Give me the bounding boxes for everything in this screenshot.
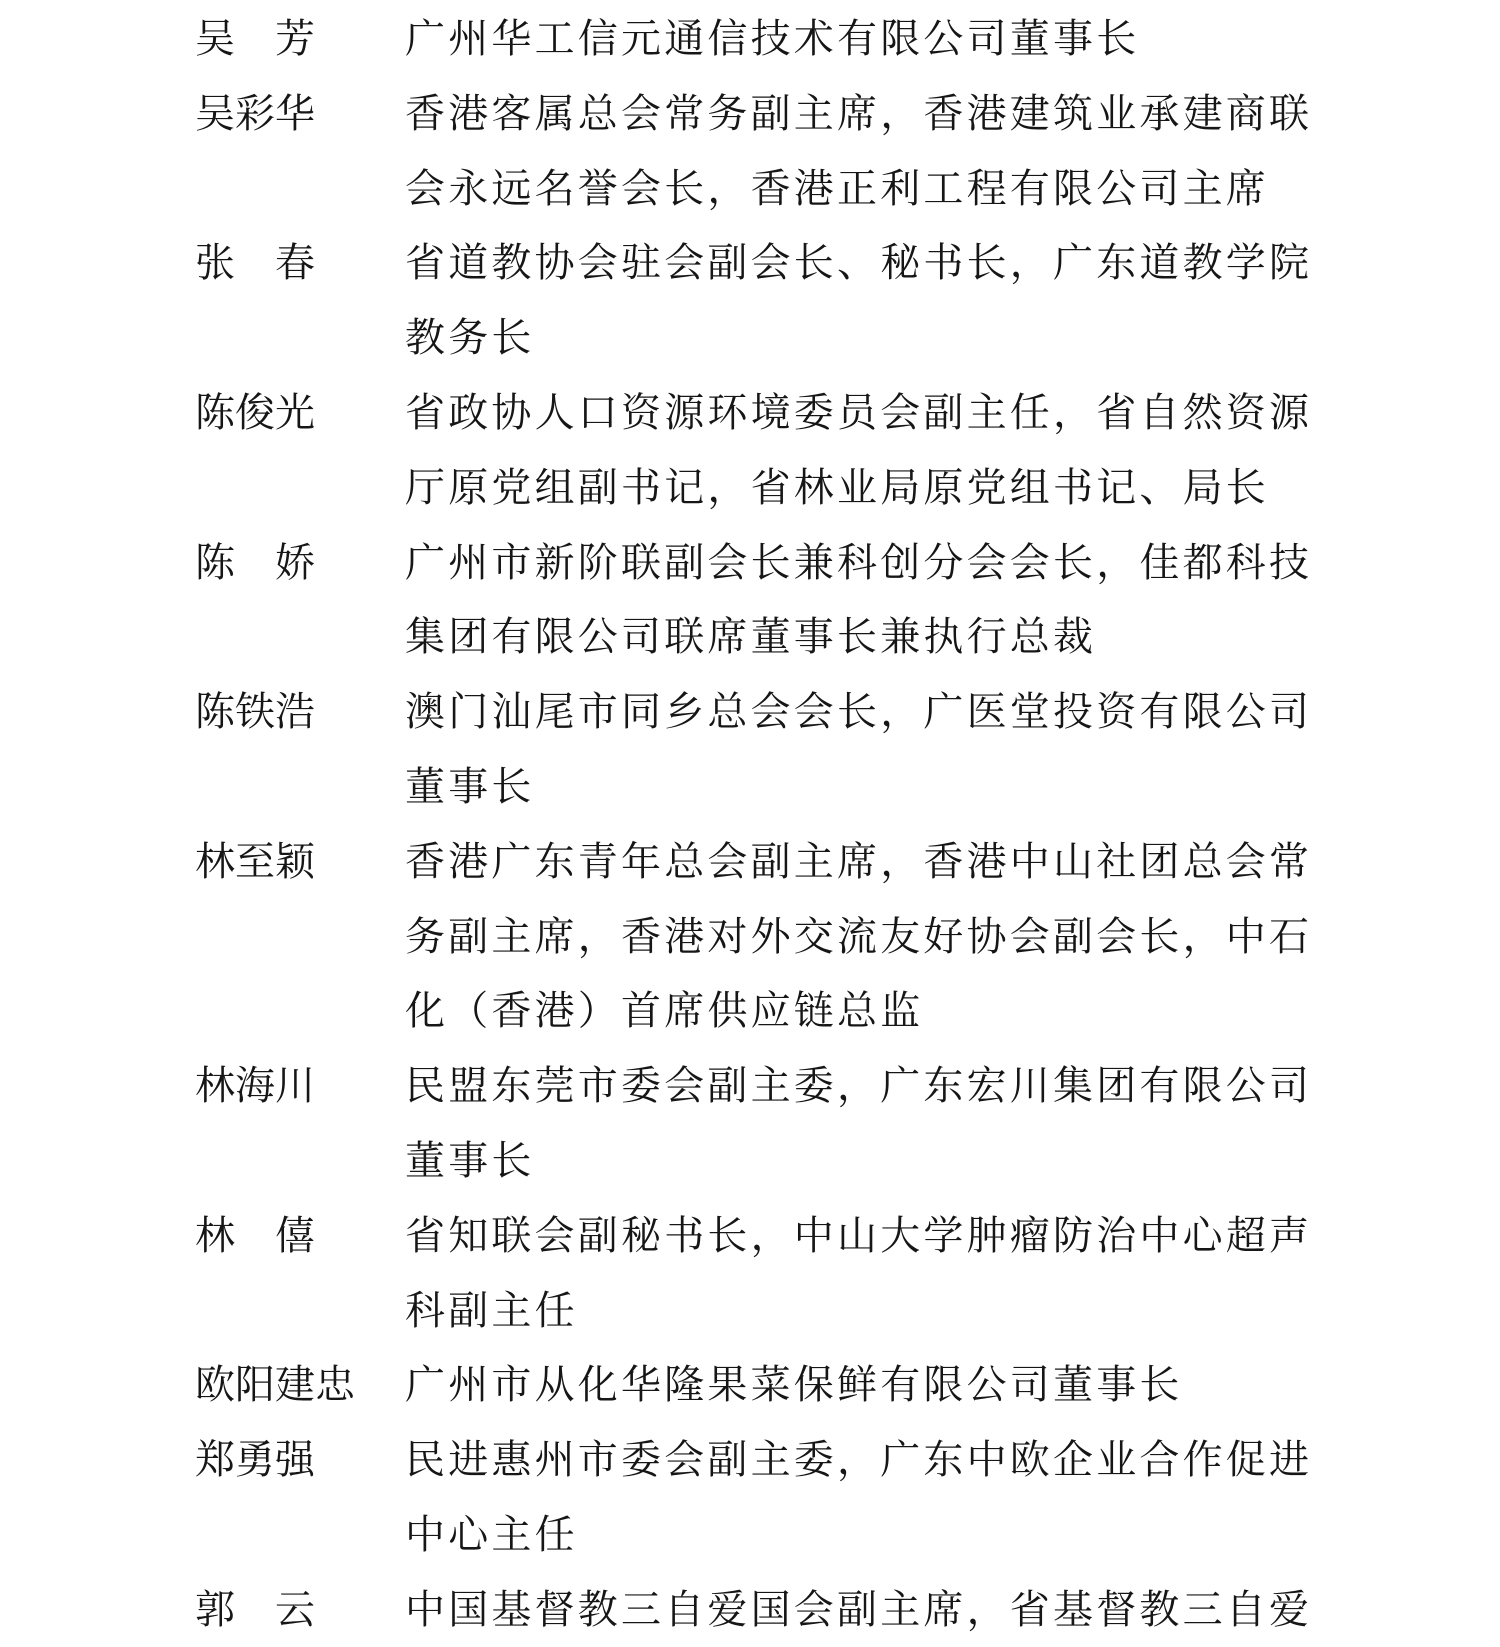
person-title: 省政协人口资源环境委员会副主任，省自然资源厅原党组副书记，省林业局原党组书记、局… — [405, 376, 1312, 526]
name-char: 陈 — [195, 526, 235, 601]
name-char: 林 — [195, 825, 235, 900]
name-char: 娇 — [275, 526, 315, 601]
person-name: 林至颖 — [195, 825, 315, 900]
name-char: 川 — [275, 1049, 315, 1124]
name-char: 欧 — [195, 1348, 235, 1423]
roster-entry: 欧阳建忠 广州市从化华隆果菜保鲜有限公司董事长 — [195, 1348, 1500, 1423]
person-name: 陈俊光 — [195, 376, 315, 451]
name-char: 林 — [195, 1049, 235, 1124]
title-line: 省政协人口资源环境委员会副主任，省自然资源 — [405, 376, 1312, 451]
person-title: 澳门汕尾市同乡总会会长，广医堂投资有限公司董事长 — [405, 675, 1312, 825]
name-char: 春 — [275, 226, 315, 301]
name-char: 吴 — [195, 2, 235, 77]
name-char: 铁 — [235, 675, 275, 750]
person-title: 广州市从化华隆果菜保鲜有限公司董事长 — [405, 1348, 1183, 1423]
title-line: 集团有限公司联席董事长兼执行总裁 — [405, 600, 1312, 675]
person-name: 林海川 — [195, 1049, 315, 1124]
person-name: 吴芳 — [195, 2, 315, 77]
name-char: 郑 — [195, 1423, 235, 1498]
name-char: 吴 — [195, 77, 235, 152]
title-line: 香港广东青年总会副主席，香港中山社团总会常 — [405, 825, 1312, 900]
person-title: 广州市新阶联副会长兼科创分会会长，佳都科技集团有限公司联席董事长兼执行总裁 — [405, 526, 1312, 676]
title-line: 中心主任 — [405, 1498, 1312, 1573]
roster-entry: 吴彩华 香港客属总会常务副主席，香港建筑业承建商联会永远名誉会长，香港正利工程有… — [195, 77, 1500, 227]
name-char: 芳 — [275, 2, 315, 77]
roster-entry: 吴芳 广州华工信元通信技术有限公司董事长 — [195, 2, 1500, 77]
person-name: 吴彩华 — [195, 77, 315, 152]
name-char: 俊 — [235, 376, 275, 451]
person-title: 民盟东莞市委会副主委，广东宏川集团有限公司董事长 — [405, 1049, 1312, 1199]
title-line: 化（香港）首席供应链总监 — [405, 974, 1312, 1049]
person-title: 香港广东青年总会副主席，香港中山社团总会常务副主席，香港对外交流友好协会副会长，… — [405, 825, 1312, 1049]
title-line: 董事长 — [405, 750, 1312, 825]
person-name: 欧阳建忠 — [195, 1348, 315, 1423]
title-line: 民进惠州市委会副主委，广东中欧企业合作促进 — [405, 1423, 1312, 1498]
name-char: 林 — [195, 1199, 235, 1274]
person-title: 香港客属总会常务副主席，香港建筑业承建商联会永远名誉会长，香港正利工程有限公司主… — [405, 77, 1312, 227]
name-char: 华 — [275, 77, 315, 152]
name-char: 张 — [195, 226, 235, 301]
title-line: 广州市从化华隆果菜保鲜有限公司董事长 — [405, 1348, 1183, 1423]
person-name: 陈娇 — [195, 526, 315, 601]
name-char: 忠 — [315, 1348, 355, 1423]
person-name: 林僖 — [195, 1199, 315, 1274]
name-char: 海 — [235, 1049, 275, 1124]
title-line: 省知联会副秘书长，中山大学肿瘤防治中心超声 — [405, 1199, 1312, 1274]
name-char: 至 — [235, 825, 275, 900]
roster-entry: 林僖 省知联会副秘书长，中山大学肿瘤防治中心超声科副主任 — [195, 1199, 1500, 1349]
person-name: 陈铁浩 — [195, 675, 315, 750]
roster-entry: 张春 省道教协会驻会副会长、秘书长，广东道教学院教务长 — [195, 226, 1500, 376]
name-char: 陈 — [195, 376, 235, 451]
person-title: 省知联会副秘书长，中山大学肿瘤防治中心超声科副主任 — [405, 1199, 1312, 1349]
person-name: 郭云 — [195, 1573, 315, 1647]
name-char: 浩 — [275, 675, 315, 750]
person-title: 广州华工信元通信技术有限公司董事长 — [405, 2, 1139, 77]
name-char: 郭 — [195, 1573, 235, 1647]
roster-entry: 郭云 中国基督教三自爱国会副主席，省基督教三自爱 — [195, 1573, 1500, 1647]
person-name: 郑勇强 — [195, 1423, 315, 1498]
roster-entry: 郑勇强 民进惠州市委会副主委，广东中欧企业合作促进中心主任 — [195, 1423, 1500, 1573]
name-char: 强 — [275, 1423, 315, 1498]
document-page: 吴芳 广州华工信元通信技术有限公司董事长 吴彩华 香港客属总会常务副主席，香港建… — [0, 0, 1500, 1647]
name-char: 阳 — [235, 1348, 275, 1423]
roster-entry: 陈铁浩 澳门汕尾市同乡总会会长，广医堂投资有限公司董事长 — [195, 675, 1500, 825]
title-line: 会永远名誉会长，香港正利工程有限公司主席 — [405, 152, 1312, 227]
title-line: 厅原党组副书记，省林业局原党组书记、局长 — [405, 451, 1312, 526]
title-line: 广州华工信元通信技术有限公司董事长 — [405, 2, 1139, 77]
name-char: 勇 — [235, 1423, 275, 1498]
name-char: 光 — [275, 376, 315, 451]
name-char: 僖 — [275, 1199, 315, 1274]
title-line: 中国基督教三自爱国会副主席，省基督教三自爱 — [405, 1573, 1312, 1647]
person-name: 张春 — [195, 226, 315, 301]
roster-entry: 陈娇 广州市新阶联副会长兼科创分会会长，佳都科技集团有限公司联席董事长兼执行总裁 — [195, 526, 1500, 676]
name-char: 云 — [275, 1573, 315, 1647]
person-title: 中国基督教三自爱国会副主席，省基督教三自爱 — [405, 1573, 1312, 1647]
title-line: 香港客属总会常务副主席，香港建筑业承建商联 — [405, 77, 1312, 152]
title-line: 务副主席，香港对外交流友好协会副会长，中石 — [405, 900, 1312, 975]
title-line: 教务长 — [405, 301, 1312, 376]
title-line: 省道教协会驻会副会长、秘书长，广东道教学院 — [405, 226, 1312, 301]
person-title: 民进惠州市委会副主委，广东中欧企业合作促进中心主任 — [405, 1423, 1312, 1573]
roster-entry: 林至颖 香港广东青年总会副主席，香港中山社团总会常务副主席，香港对外交流友好协会… — [195, 825, 1500, 1049]
roster-entry: 林海川 民盟东莞市委会副主委，广东宏川集团有限公司董事长 — [195, 1049, 1500, 1199]
name-char: 陈 — [195, 675, 235, 750]
roster-entry: 陈俊光 省政协人口资源环境委员会副主任，省自然资源厅原党组副书记，省林业局原党组… — [195, 376, 1500, 526]
name-char: 彩 — [235, 77, 275, 152]
title-line: 澳门汕尾市同乡总会会长，广医堂投资有限公司 — [405, 675, 1312, 750]
title-line: 民盟东莞市委会副主委，广东宏川集团有限公司 — [405, 1049, 1312, 1124]
title-line: 广州市新阶联副会长兼科创分会会长，佳都科技 — [405, 526, 1312, 601]
title-line: 董事长 — [405, 1124, 1312, 1199]
person-title: 省道教协会驻会副会长、秘书长，广东道教学院教务长 — [405, 226, 1312, 376]
name-char: 颖 — [275, 825, 315, 900]
name-char: 建 — [275, 1348, 315, 1423]
title-line: 科副主任 — [405, 1274, 1312, 1349]
